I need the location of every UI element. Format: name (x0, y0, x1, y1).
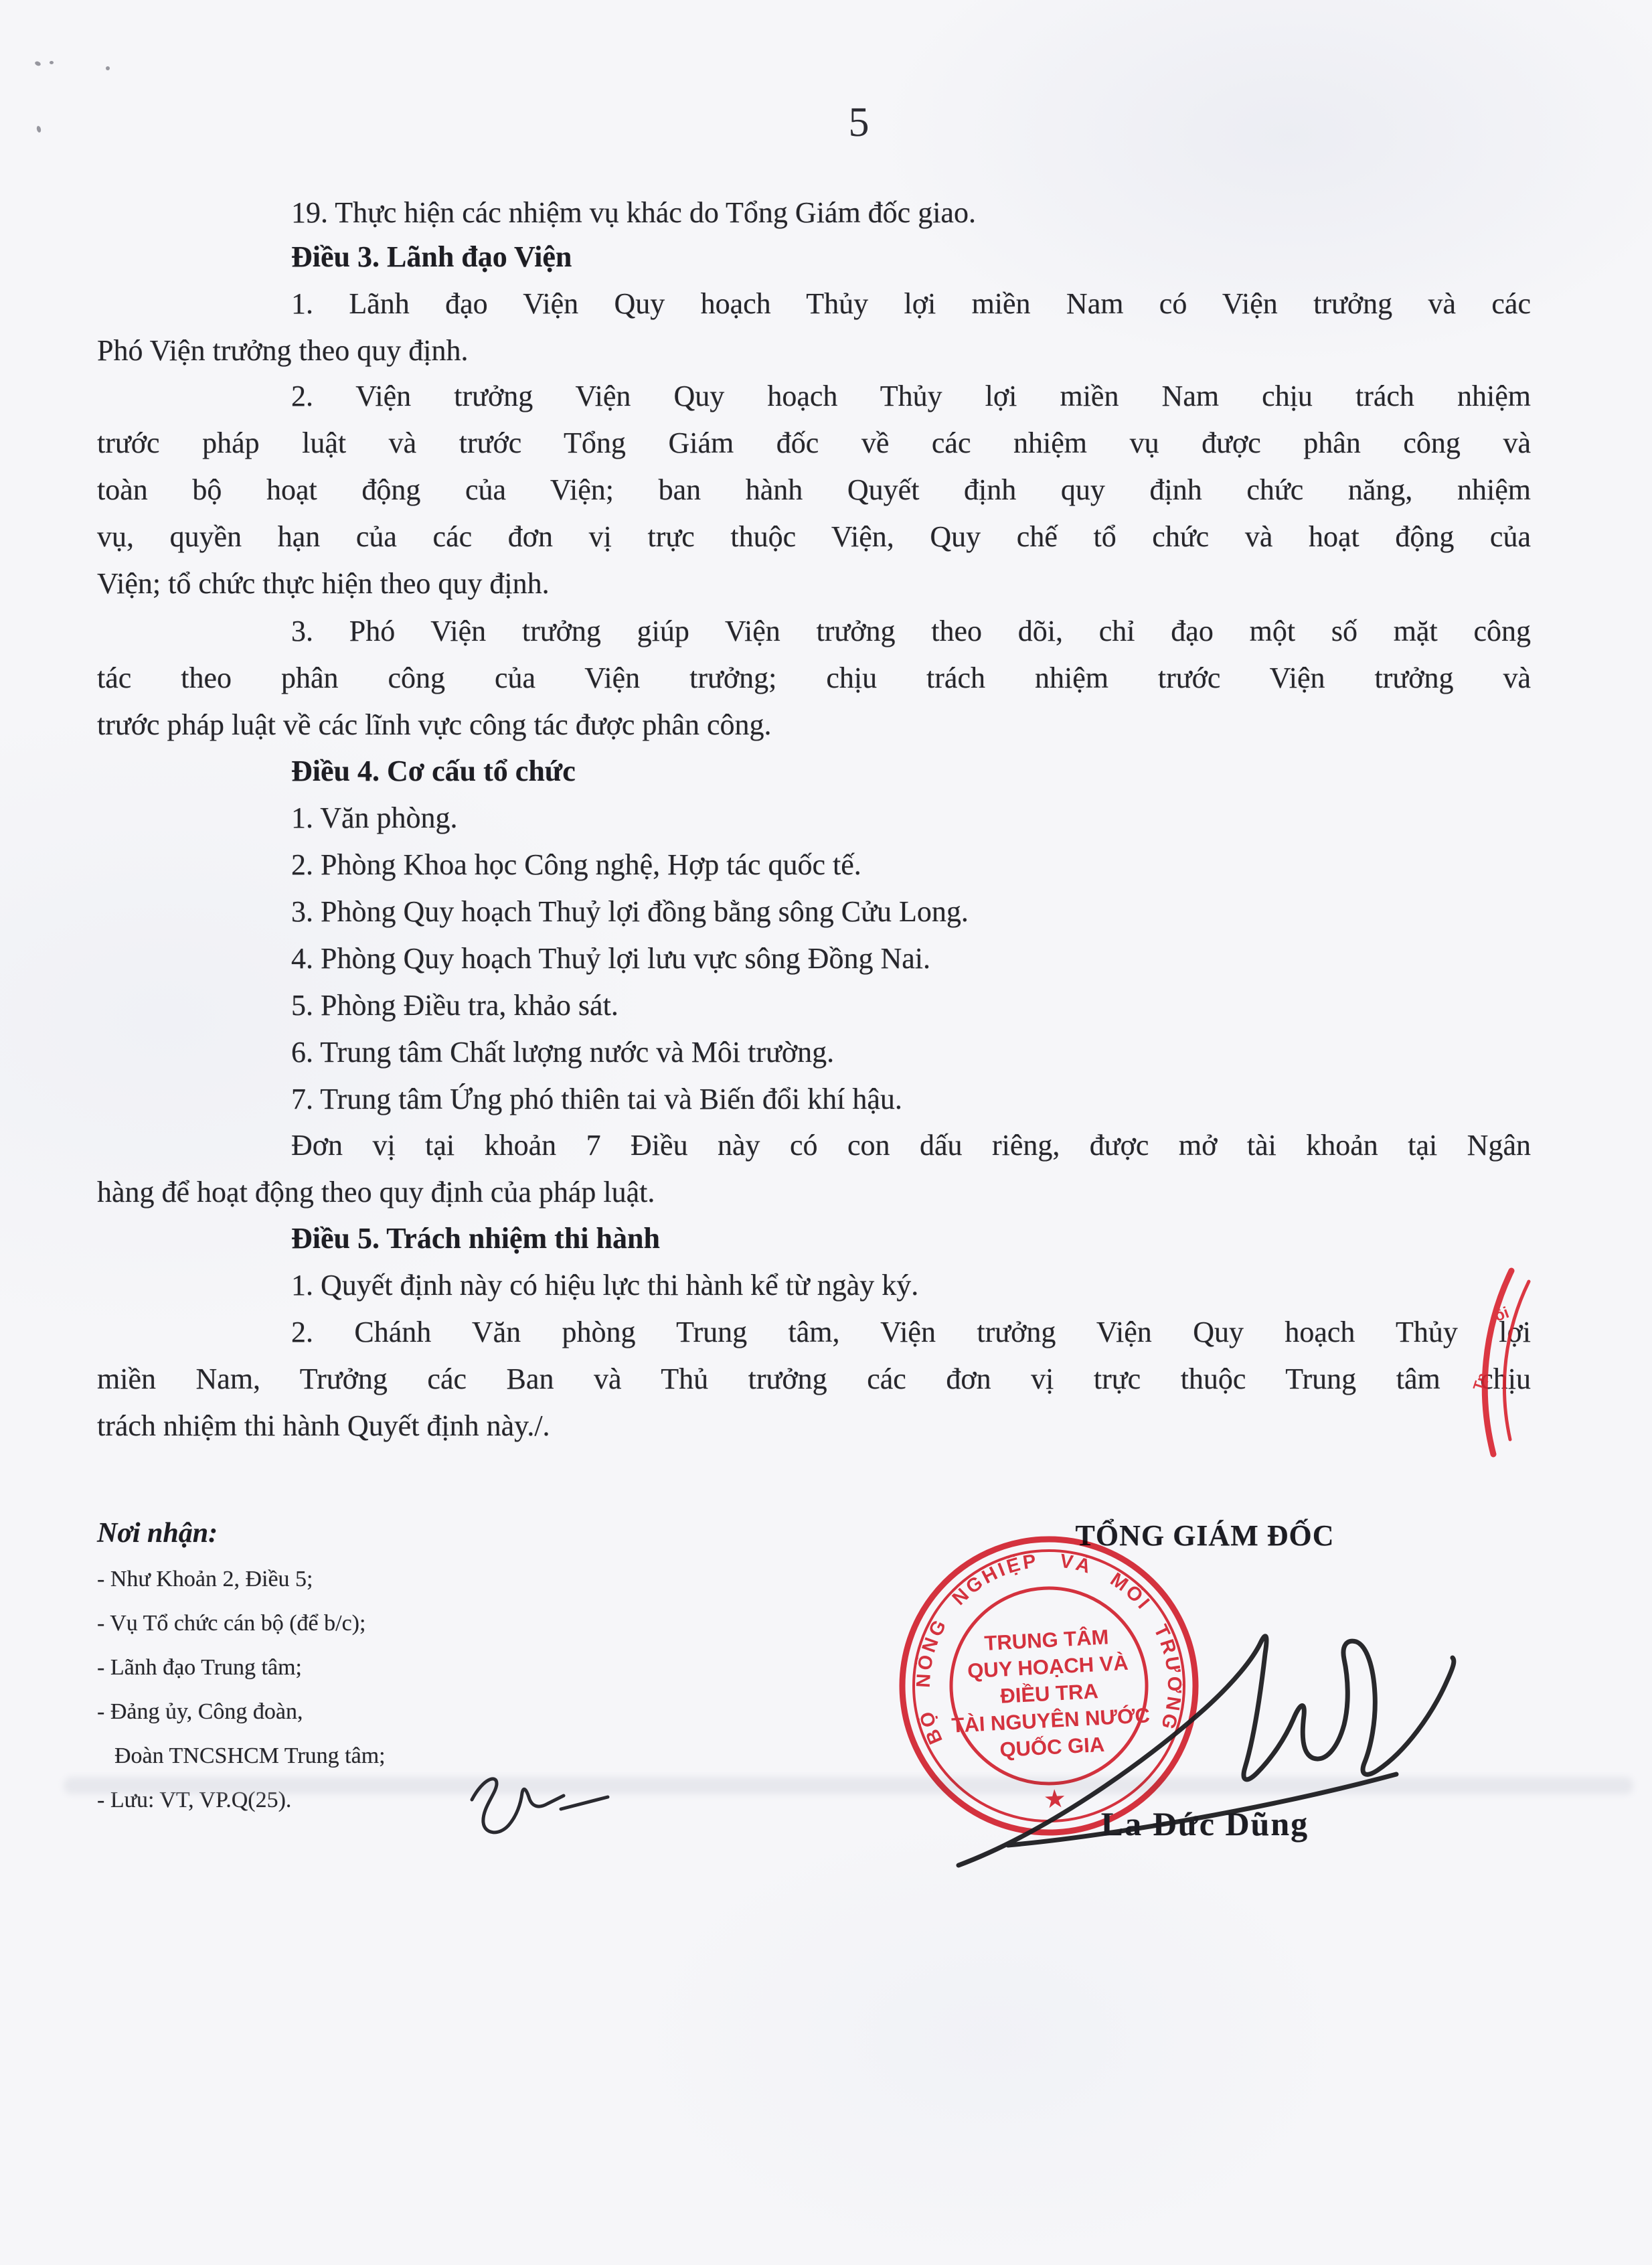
unit-item: 1. Văn phòng. (291, 795, 1536, 842)
partial-seal-edge: ồi Tp. (1439, 1265, 1652, 1466)
recipient-item: - Như Khoản 2, Điều 5; (97, 1557, 699, 1602)
text-line: 3. Phó Viện trưởng giúp Viện trưởng theo… (97, 608, 1531, 655)
partial-seal-arc (1504, 1281, 1529, 1439)
text-line: hàng để hoạt động theo quy định của pháp… (97, 1169, 1531, 1216)
unit-item: 2. Phòng Khoa học Công nghệ, Hợp tác quố… (291, 842, 1536, 888)
unit-item: 3. Phòng Quy hoạch Thuỷ lợi đồng bằng sô… (291, 888, 1536, 935)
text-line: vụ, quyền hạn của các đơn vị trực thuộc … (97, 514, 1531, 560)
unit-item: 5. Phòng Điều tra, khảo sát. (291, 982, 1536, 1029)
initials-stroke (472, 1779, 564, 1832)
article-3-clause-3: 3. Phó Viện trưởng giúp Viện trưởng theo… (97, 608, 1531, 749)
unit-item: 4. Phòng Quy hoạch Thuỷ lợi lưu vực sông… (291, 935, 1536, 982)
unit-item: 7. Trung tâm Ứng phó thiên tai và Biến đ… (291, 1076, 1536, 1123)
scan-speck (106, 66, 110, 70)
text-line: Viện; tổ chức thực hiện theo quy định. (97, 560, 1531, 607)
text-line: miền Nam, Trưởng các Ban và Thủ trưởng c… (97, 1356, 1531, 1403)
text-line: Đơn vị tại khoản 7 Điều này có con dấu r… (97, 1122, 1531, 1169)
unit-item: 6. Trung tâm Chất lượng nước và Môi trườ… (291, 1029, 1536, 1076)
article-4-heading: Điều 4. Cơ cấu tổ chức (291, 748, 1536, 795)
page-number: 5 (829, 99, 889, 147)
text-line: tác theo phân công của Viện trưởng; chịu… (97, 655, 1531, 702)
initials-signature (442, 1761, 629, 1848)
article-5-clause-2: 2. Chánh Văn phòng Trung tâm, Viện trưởn… (97, 1309, 1531, 1450)
signature (924, 1600, 1473, 1888)
article-3-heading: Điều 3. Lãnh đạo Viện (291, 234, 1536, 281)
scan-speck (36, 125, 42, 133)
scan-speck (34, 60, 42, 66)
article-3-clause-1: 1. Lãnh đạo Viện Quy hoạch Thủy lợi miền… (97, 281, 1531, 374)
initials-dash (561, 1797, 608, 1809)
signer-name: La Đức Dũng (971, 1804, 1439, 1843)
text-line: trước pháp luật và trước Tổng Giám đốc v… (97, 420, 1531, 467)
recipient-item: - Lãnh đạo Trung tâm; (97, 1646, 699, 1690)
article-4-unit-list: 1. Văn phòng. 2. Phòng Khoa học Công ngh… (291, 795, 1536, 1123)
partial-seal-text: Tp. (1471, 1367, 1492, 1392)
document-page: 5 19. Thực hiện các nhiệm vụ khác do Tổn… (0, 0, 1652, 2265)
clause-19: 19. Thực hiện các nhiệm vụ khác do Tổng … (291, 189, 1536, 236)
recipients-heading: Nơi nhận: (97, 1517, 218, 1549)
scan-speck (50, 61, 54, 64)
recipient-item: - Vụ Tổ chức cán bộ (để b/c); (97, 1602, 699, 1646)
article-5-heading: Điều 5. Trách nhiệm thi hành (291, 1215, 1536, 1262)
recipient-item: - Đảng ủy, Công đoàn, (97, 1690, 699, 1734)
text-line: 1. Lãnh đạo Viện Quy hoạch Thủy lợi miền… (97, 281, 1531, 327)
article-5-clause-1: 1. Quyết định này có hiệu lực thi hành k… (291, 1262, 1536, 1309)
article-3-clause-2: 2. Viện trưởng Viện Quy hoạch Thủy lợi m… (97, 373, 1531, 607)
text-line: 2. Chánh Văn phòng Trung tâm, Viện trưởn… (97, 1309, 1531, 1356)
article-4-note: Đơn vị tại khoản 7 Điều này có con dấu r… (97, 1122, 1531, 1216)
text-line: 2. Viện trưởng Viện Quy hoạch Thủy lợi m… (97, 373, 1531, 420)
text-line: trước pháp luật về các lĩnh vực công tác… (97, 702, 1531, 749)
text-line: toàn bộ hoạt động của Viện; ban hành Quy… (97, 467, 1531, 514)
text-line: trách nhiệm thi hành Quyết định này./. (97, 1403, 1531, 1450)
text-line: Phó Viện trưởng theo quy định. (97, 327, 1531, 374)
